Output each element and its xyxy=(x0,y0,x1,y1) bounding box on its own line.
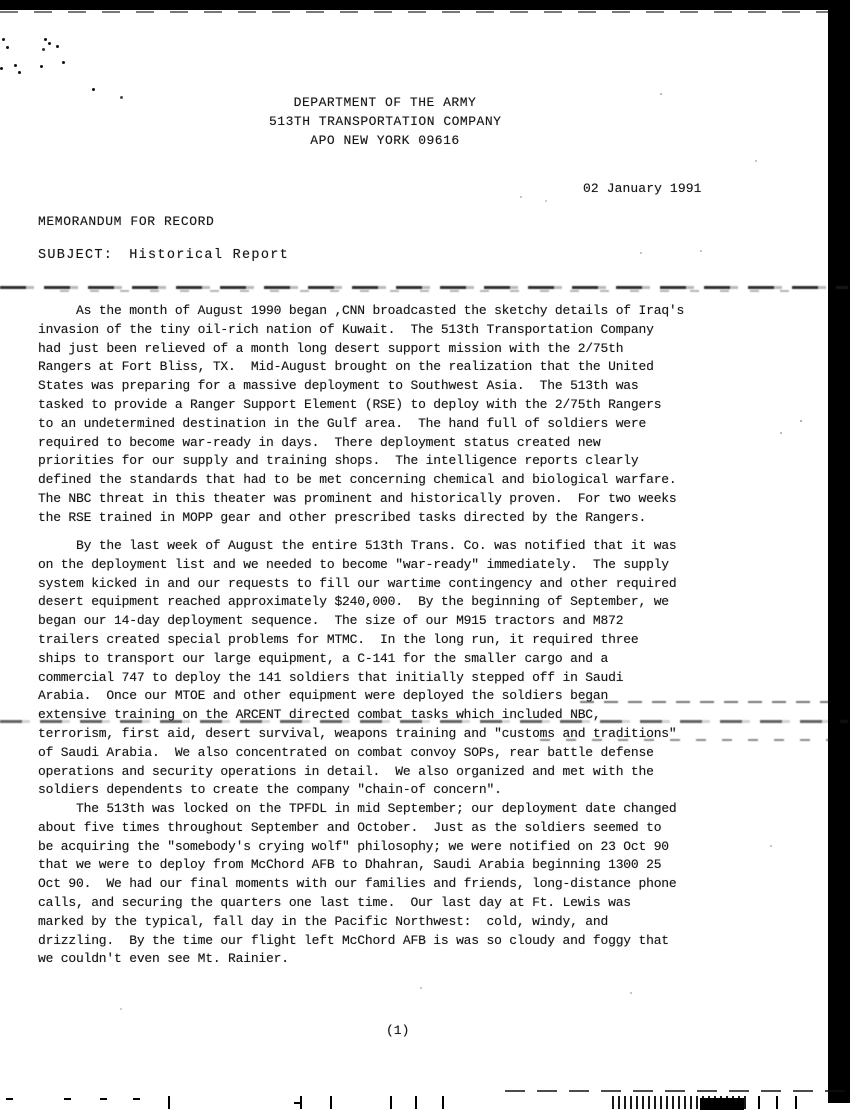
scan-specks-topleft xyxy=(2,38,5,41)
subject-text: Historical Report xyxy=(129,248,289,263)
scan-noise-bottom-block xyxy=(700,1098,744,1110)
scan-noise-top xyxy=(0,11,850,13)
scan-specks-scattered xyxy=(660,93,662,95)
letterhead-department: DEPARTMENT OF THE ARMY xyxy=(269,94,501,113)
scan-underline-smudge xyxy=(540,739,830,741)
paragraph-1: As the month of August 1990 began ,CNN b… xyxy=(38,302,838,528)
date-line: 02 January 1991 xyxy=(583,181,702,196)
memorandum-for-record-line: MEMORANDUM FOR RECORD xyxy=(38,214,214,229)
scan-noise-bottom-dashes xyxy=(505,1090,848,1092)
scan-underline-smudge xyxy=(580,701,830,703)
paragraph-2: By the last week of August the entire 51… xyxy=(38,537,838,800)
letterhead-address: APO NEW YORK 09616 xyxy=(269,132,501,151)
subject-label: SUBJECT: xyxy=(38,248,113,263)
scan-edge-top xyxy=(0,0,850,10)
scan-noise-bottom-ticks xyxy=(168,1096,170,1109)
paragraph-3: The 513th was locked on the TPFDL in mid… xyxy=(38,800,838,969)
subject-line: SUBJECT:Historical Report xyxy=(38,248,289,263)
letterhead-unit: 513TH TRANSPORTATION COMPANY xyxy=(269,113,501,132)
scan-noise-bottom-dashes xyxy=(6,1098,13,1100)
page-number: (1) xyxy=(386,1023,409,1038)
letterhead: DEPARTMENT OF THE ARMY 513TH TRANSPORTAT… xyxy=(269,94,501,151)
scan-smudge-line xyxy=(0,286,848,289)
scan-smudge-line xyxy=(60,290,800,292)
scan-underline-smudge xyxy=(0,720,848,723)
scanned-memorandum-page: DEPARTMENT OF THE ARMY 513TH TRANSPORTAT… xyxy=(0,0,850,1111)
